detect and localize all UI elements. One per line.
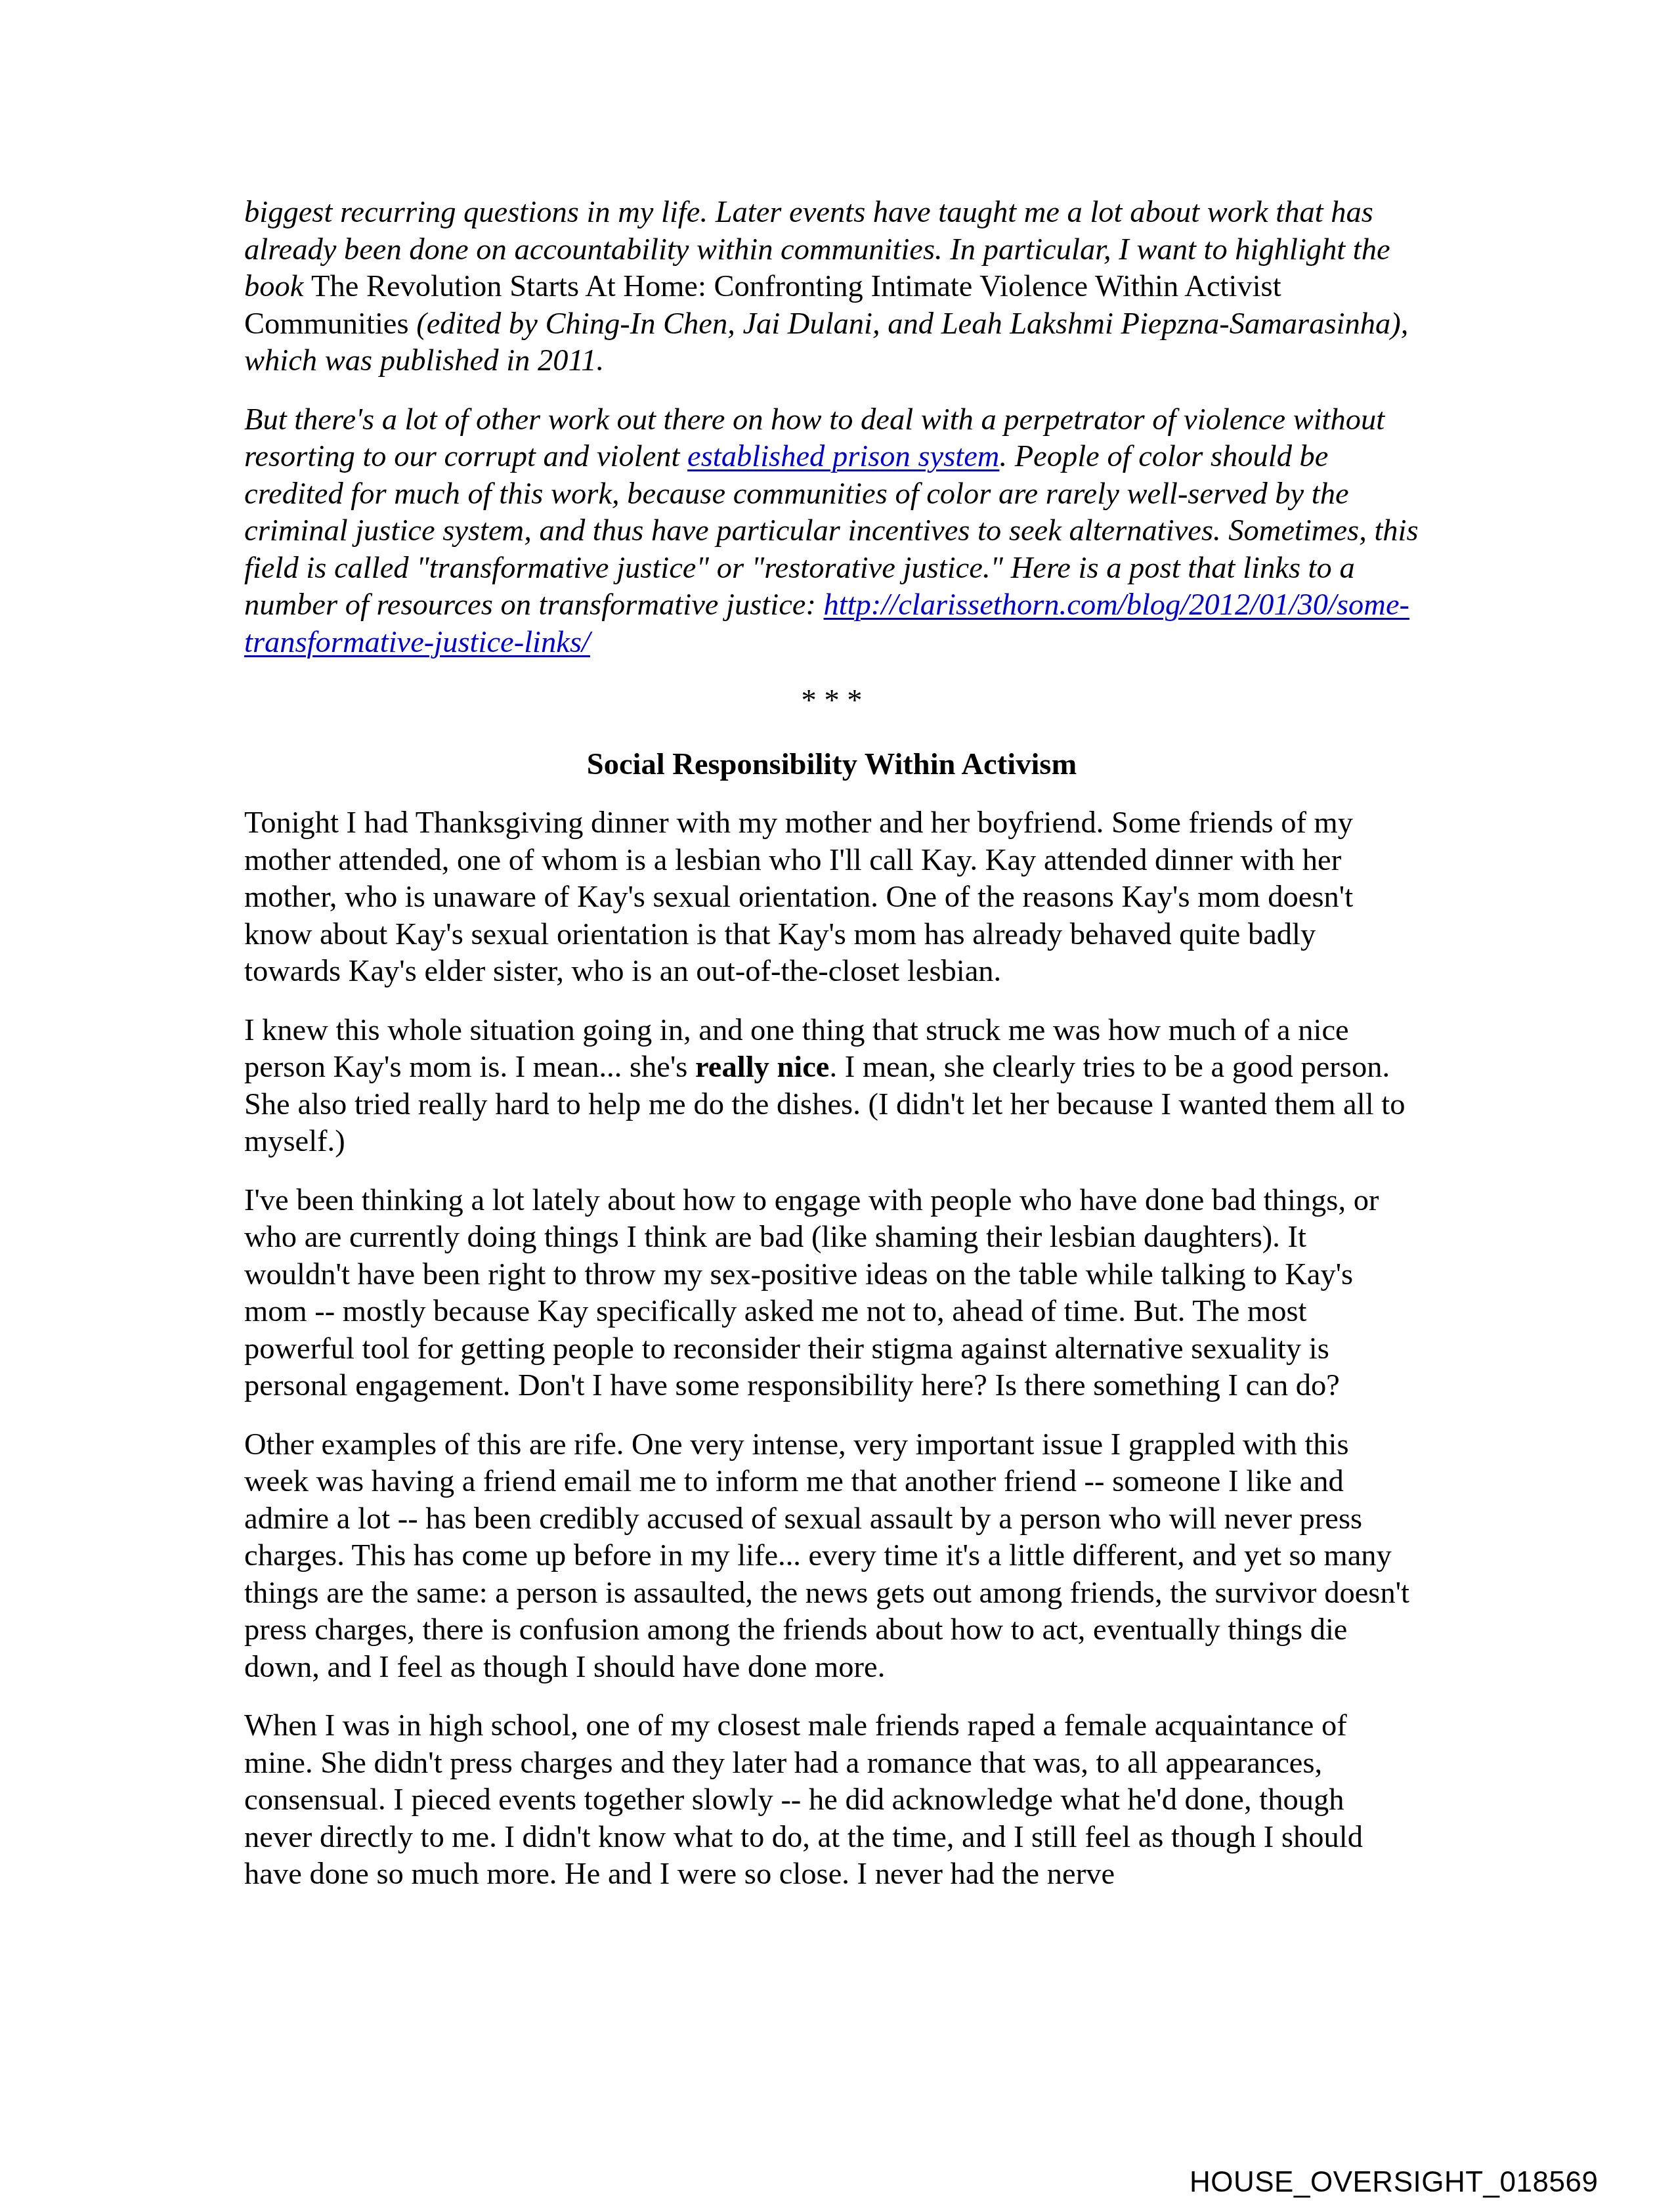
- paragraph-engagement: I've been thinking a lot lately about ho…: [244, 1182, 1419, 1405]
- text-segment: Tonight I had Thanksgiving dinner with m…: [244, 806, 1353, 988]
- bates-stamp: HOUSE_OVERSIGHT_018569: [1190, 2166, 1598, 2199]
- bold-emphasis: really nice: [695, 1051, 829, 1084]
- paragraph-transformative-justice: But there's a lot of other work out ther…: [244, 402, 1419, 662]
- paragraph-book-recommendation: biggest recurring questions in my life. …: [244, 194, 1419, 380]
- section-separator: * * *: [244, 683, 1419, 720]
- text-segment: When I was in high school, one of my clo…: [244, 1709, 1363, 1891]
- paragraph-kays-mom: I knew this whole situation going in, an…: [244, 1012, 1419, 1161]
- link-established-prison-system[interactable]: established prison system: [687, 440, 999, 473]
- section-heading: Social Responsibility Within Activism: [244, 747, 1419, 784]
- text-segment: (edited by Ching-In Chen, Jai Dulani, an…: [244, 307, 1408, 378]
- paragraph-high-school: When I was in high school, one of my clo…: [244, 1708, 1419, 1894]
- paragraph-thanksgiving: Tonight I had Thanksgiving dinner with m…: [244, 805, 1419, 991]
- text-segment: Other examples of this are rife. One ver…: [244, 1428, 1409, 1684]
- paragraph-other-examples: Other examples of this are rife. One ver…: [244, 1427, 1419, 1687]
- text-segment: I've been thinking a lot lately about ho…: [244, 1184, 1379, 1403]
- document-page: biggest recurring questions in my life. …: [244, 194, 1419, 1915]
